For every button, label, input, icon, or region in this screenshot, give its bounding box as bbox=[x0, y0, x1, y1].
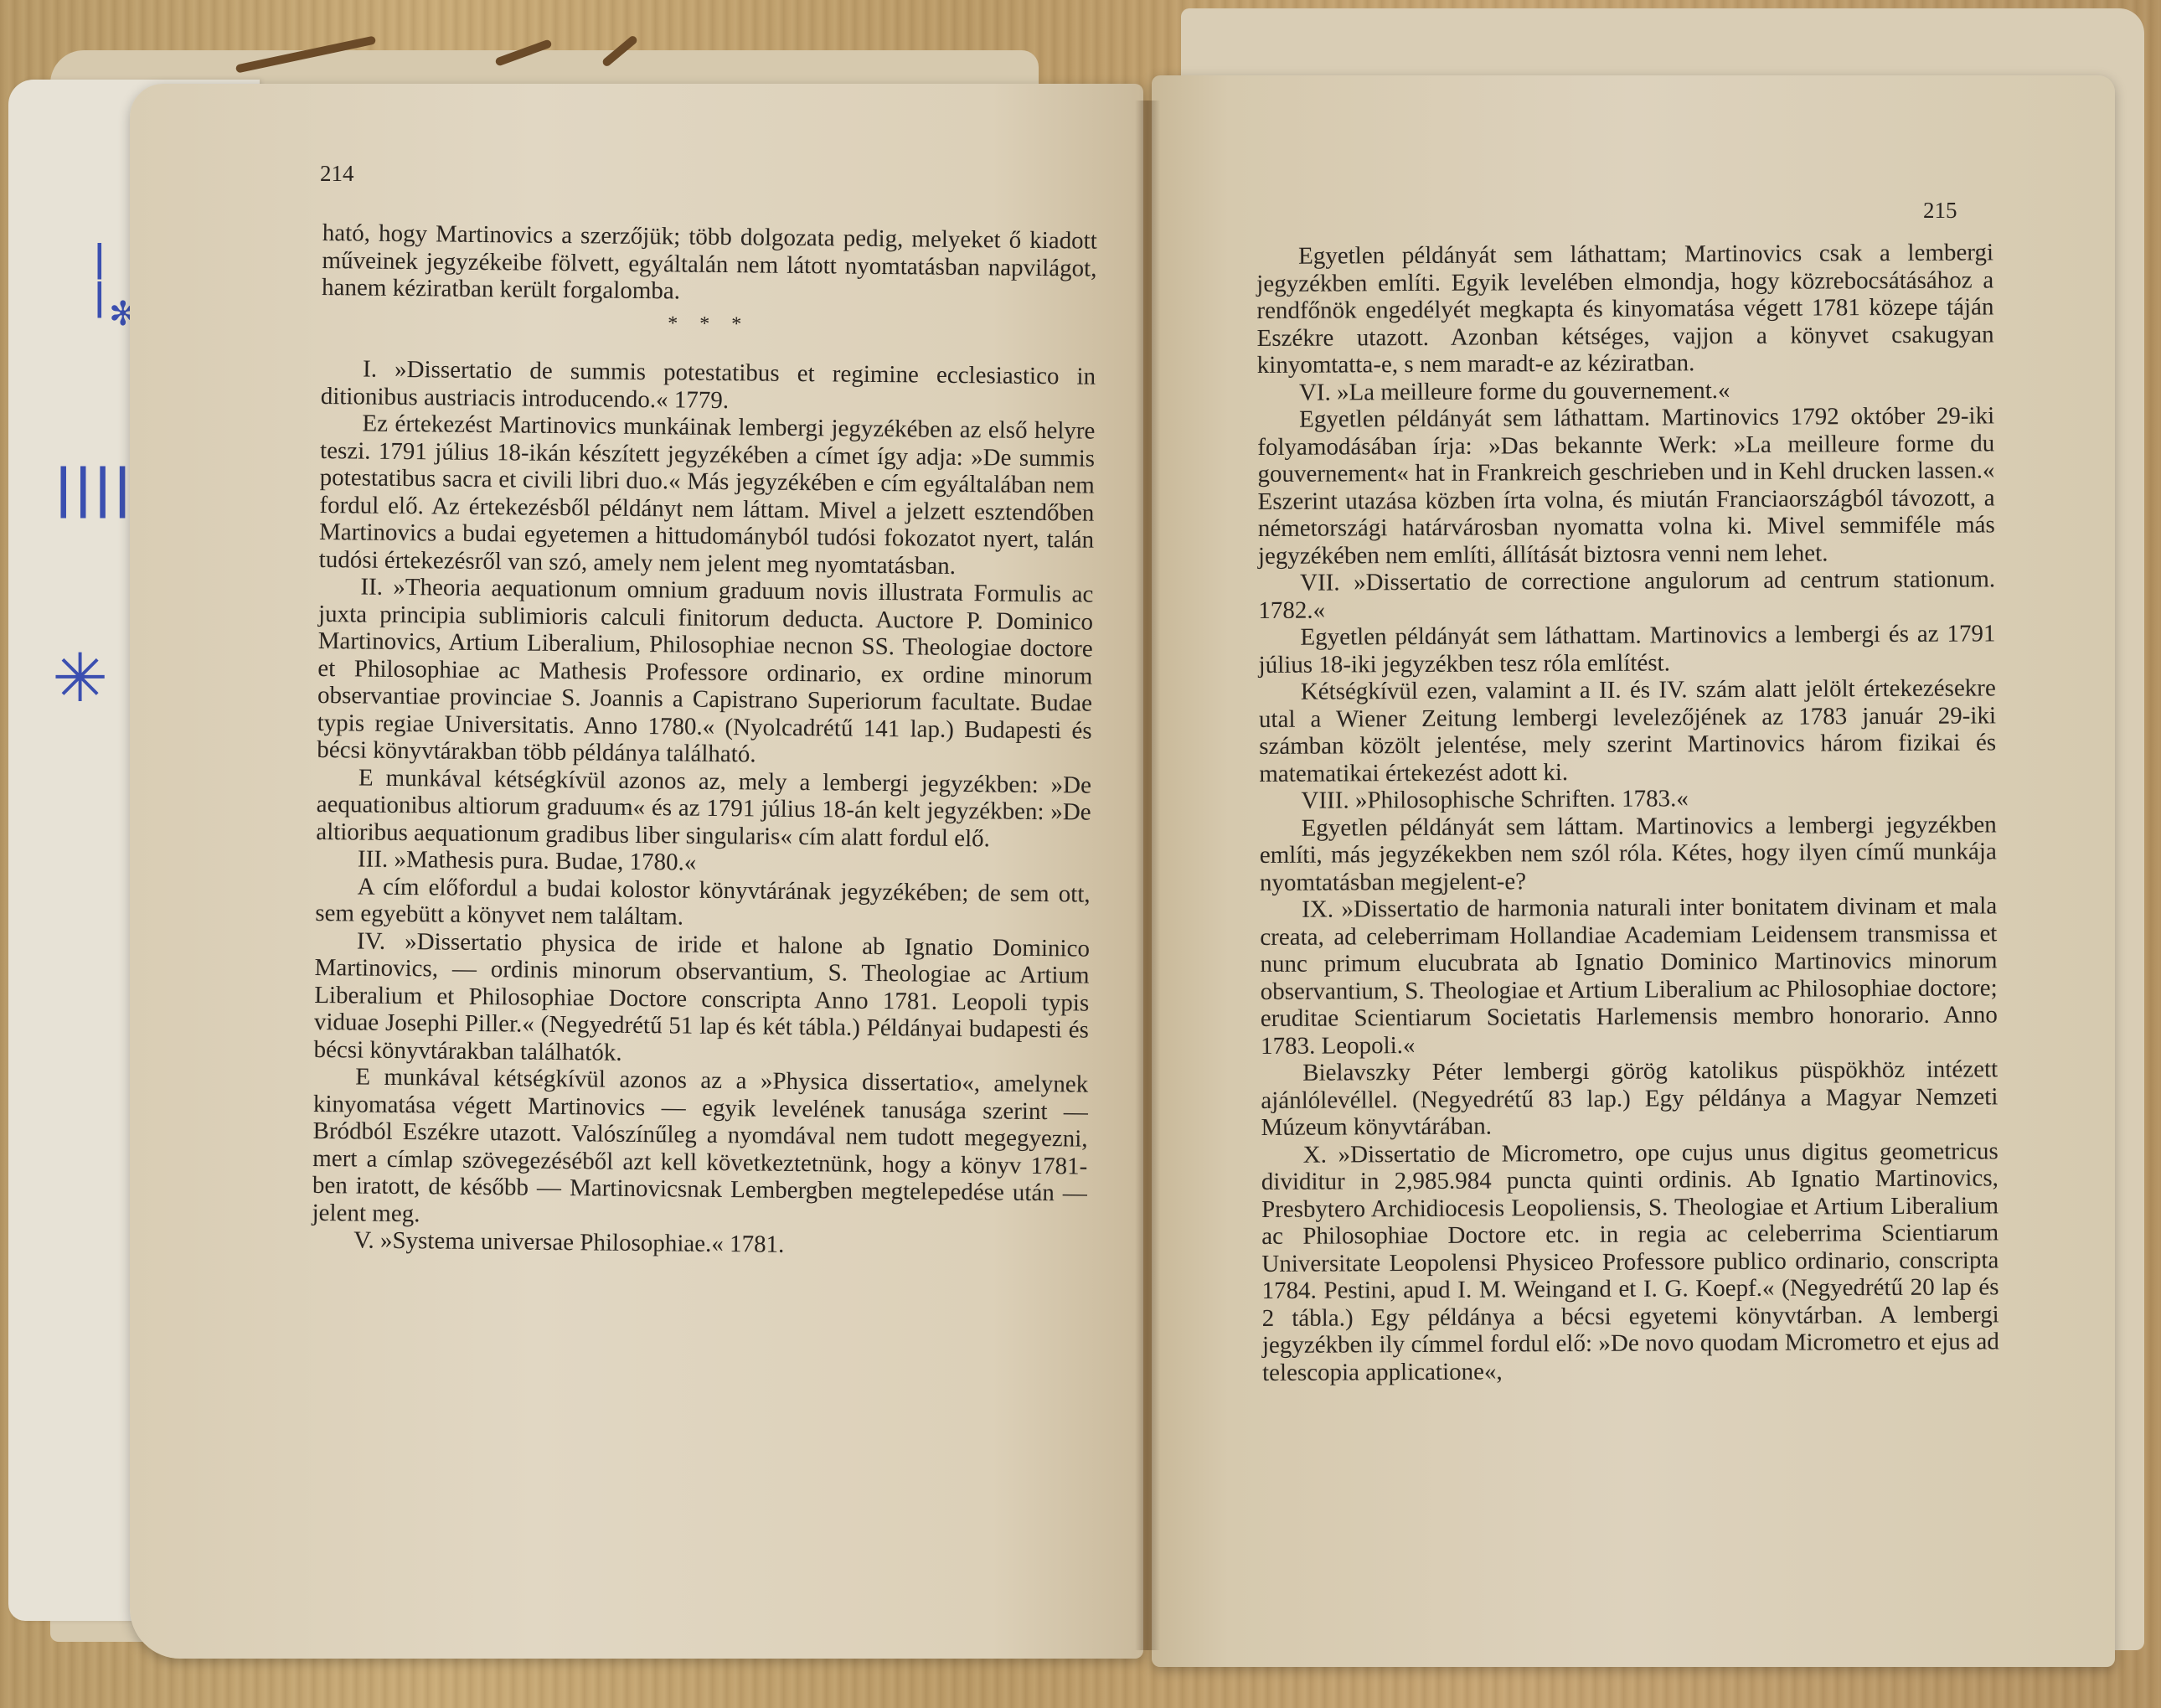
paragraph: Kétségkívül ezen, valamint a II. és IV. … bbox=[1259, 674, 1997, 787]
paragraph: ható, hogy Martinovics a szerzőjük; több… bbox=[322, 219, 1097, 309]
four-tick-marks: ǀǀǀǀ bbox=[55, 461, 134, 516]
paragraph: Ez értekezést Martinovics munkáinak lemb… bbox=[319, 410, 1096, 581]
paragraph: Egyetlen példányát sem láttam. Martinovi… bbox=[1260, 811, 1997, 896]
right-page-text: Egyetlen példányát sem láthattam; Martin… bbox=[1256, 239, 1999, 1386]
entry-heading: IX. »Dissertatio de harmonia naturali in… bbox=[1260, 892, 1998, 1060]
section-separator: * * * bbox=[322, 306, 1096, 341]
double-tick-marks: ǀ ǀ bbox=[94, 239, 106, 316]
entry-heading: VI. »La meilleure forme du gouvernement.… bbox=[1257, 375, 1994, 406]
paragraph: Egyetlen példányát sem láthattam. Martin… bbox=[1258, 620, 1995, 679]
left-page-text: ható, hogy Martinovics a szerzőjük; több… bbox=[312, 219, 1097, 1262]
entry-heading: VII. »Dissertatio de correctione angulor… bbox=[1258, 565, 1995, 624]
paragraph: Egyetlen példányát sem láthattam; Martin… bbox=[1256, 239, 1994, 379]
entry-heading: II. »Theoria aequationum omnium graduum … bbox=[317, 573, 1093, 771]
paragraph: Egyetlen példányát sem láthattam. Martin… bbox=[1257, 402, 1995, 570]
paragraph: E munkával kétségkívül azonos az a »Phys… bbox=[312, 1063, 1088, 1235]
paragraph: Bielavszky Péter lembergi görög katoliku… bbox=[1261, 1055, 1998, 1141]
left-page-number: 214 bbox=[320, 161, 354, 187]
paragraph: A cím előfordul a budai kolostor könyvtá… bbox=[315, 872, 1091, 935]
paragraph: E munkával kétségkívül azonos az, mely a… bbox=[316, 763, 1091, 853]
entry-heading: X. »Dissertatio de Micrometro, ope cujus… bbox=[1261, 1138, 2000, 1386]
large-asterisk-icon: ✳ bbox=[52, 645, 108, 712]
entry-heading: VIII. »Philosophische Schriften. 1783.« bbox=[1259, 783, 1996, 814]
entry-heading: I. »Dissertatio de summis potestatibus e… bbox=[321, 355, 1096, 418]
entry-heading: IV. »Dissertatio physica de iride et hal… bbox=[313, 926, 1090, 1071]
book-gutter bbox=[1135, 101, 1160, 1650]
right-page-number: 215 bbox=[1923, 198, 1957, 224]
